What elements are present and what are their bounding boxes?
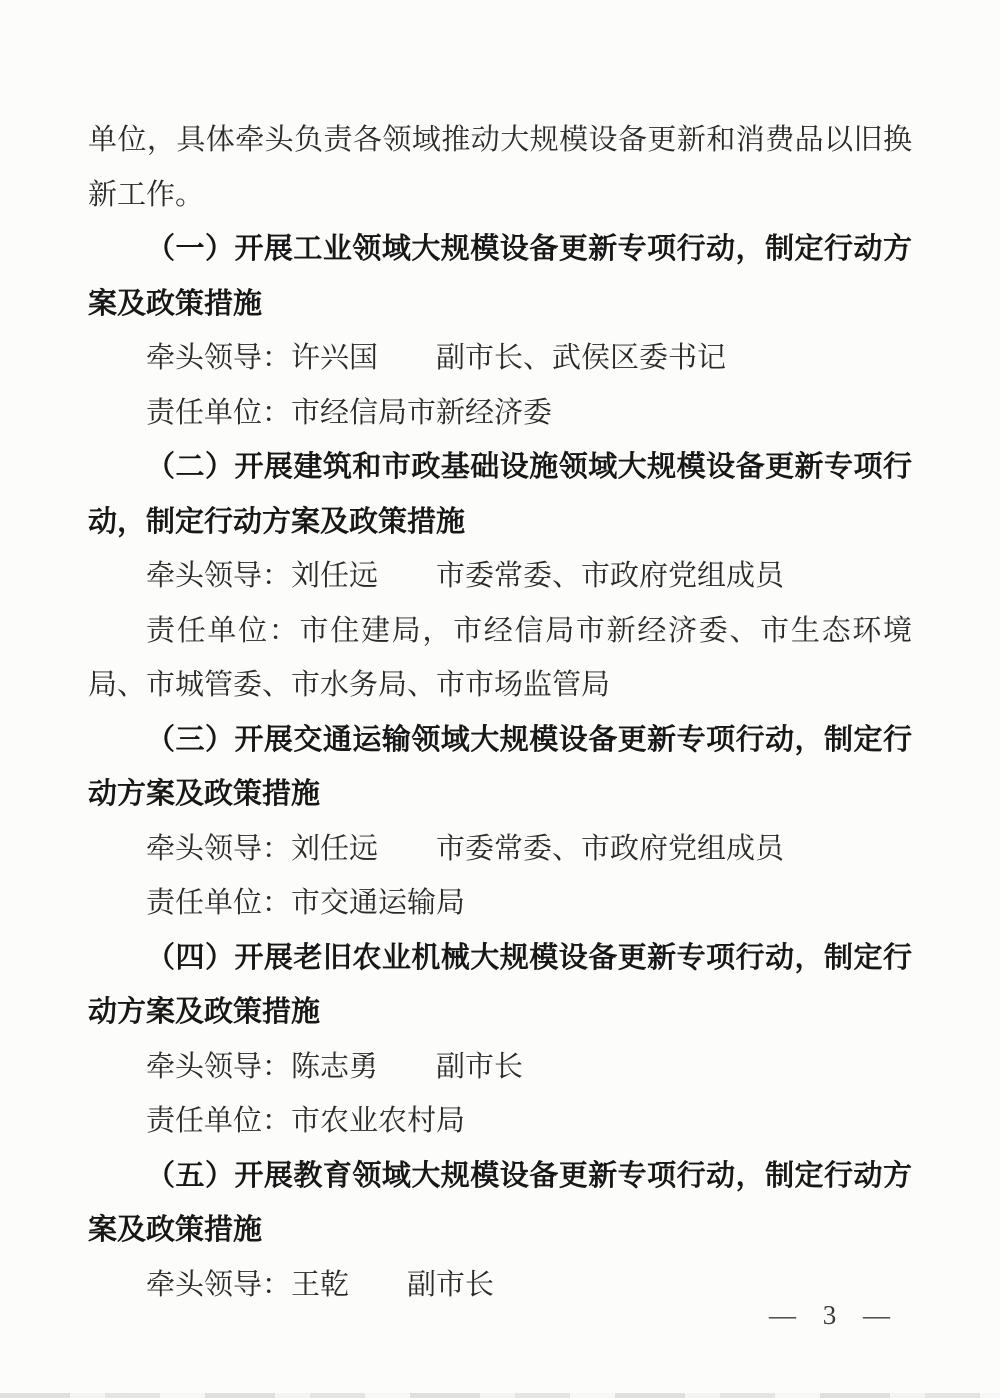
- responsible-unit-line-3: 责任单位：市交通运输局: [88, 876, 912, 931]
- section-heading-1: （一）开展工业领域大规模设备更新专项行动，制定行动方案及政策措施: [88, 222, 912, 331]
- scanner-edge-artifact: [0, 1393, 1000, 1398]
- lead-leader-line-4: 牵头领导：陈志勇 副市长: [88, 1040, 912, 1095]
- responsible-unit-line-2: 责任单位：市住建局，市经信局市新经济委、市生态环境局、市城管委、市水务局、市市场…: [88, 604, 912, 713]
- page-footer: — 3 —: [769, 1300, 892, 1331]
- document-body: 单位，具体牵头负责各领域推动大规模设备更新和消费品以旧换新工作。 （一）开展工业…: [88, 113, 912, 1312]
- paragraph-intro-continuation: 单位，具体牵头负责各领域推动大规模设备更新和消费品以旧换新工作。: [88, 113, 912, 222]
- section-heading-5: （五）开展教育领域大规模设备更新专项行动，制定行动方案及政策措施: [88, 1149, 912, 1258]
- page-number: — 3 —: [769, 1300, 892, 1330]
- lead-leader-line-3: 牵头领导：刘任远 市委常委、市政府党组成员: [88, 822, 912, 877]
- responsible-unit-line-4: 责任单位：市农业农村局: [88, 1094, 912, 1149]
- section-heading-4: （四）开展老旧农业机械大规模设备更新专项行动，制定行动方案及政策措施: [88, 931, 912, 1040]
- lead-leader-line-2: 牵头领导：刘任远 市委常委、市政府党组成员: [88, 549, 912, 604]
- scanned-document-page: 单位，具体牵头负责各领域推动大规模设备更新和消费品以旧换新工作。 （一）开展工业…: [0, 0, 1000, 1398]
- section-heading-2: （二）开展建筑和市政基础设施领域大规模设备更新专项行动，制定行动方案及政策措施: [88, 440, 912, 549]
- responsible-unit-line-1: 责任单位：市经信局市新经济委: [88, 386, 912, 441]
- lead-leader-line-1: 牵头领导：许兴国 副市长、武侯区委书记: [88, 331, 912, 386]
- section-heading-3: （三）开展交通运输领域大规模设备更新专项行动，制定行动方案及政策措施: [88, 713, 912, 822]
